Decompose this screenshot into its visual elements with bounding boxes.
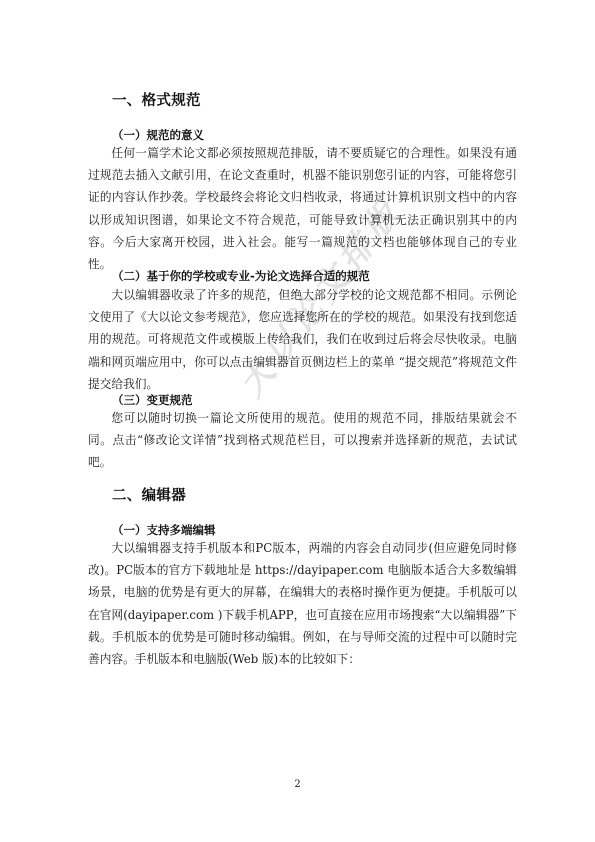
subsection-heading-choose-spec: （二）基于你的学校或专业-为论文选择合适的规范 <box>112 268 370 284</box>
paragraph-change-spec: 您可以随时切换一篇论文所使用的规范。使用的规范不同，排版结果就会不同。点击“修改… <box>88 407 517 474</box>
subsection-heading-multi-device: （一）支持多端编辑 <box>112 522 216 538</box>
paragraph-meaning: 任何一篇学术论文都必须按照规范排版，请不要质疑它的合理性。如果没有通过规范去插入… <box>88 142 517 275</box>
section-heading-editor: 二、编辑器 <box>112 484 186 505</box>
page-number: 2 <box>0 779 595 790</box>
paragraph-choose-spec: 大以编辑器收录了许多的规范，但绝大部分学校的论文规范都不相同。示例论文使用了《大… <box>88 284 517 395</box>
paragraph-multi-device: 大以编辑器支持手机版本和PC版本，两端的内容会自动同步(但应避免同时修改)。PC… <box>88 537 517 670</box>
document-page: 大以论文排版 一、格式规范 （一）规范的意义 任何一篇学术论文都必须按照规范排版… <box>0 0 595 842</box>
section-heading-format-spec: 一、格式规范 <box>112 89 201 110</box>
subsection-heading-change-spec: （三）变更规范 <box>112 392 193 408</box>
subsection-heading-meaning: （一）规范的意义 <box>112 127 204 143</box>
